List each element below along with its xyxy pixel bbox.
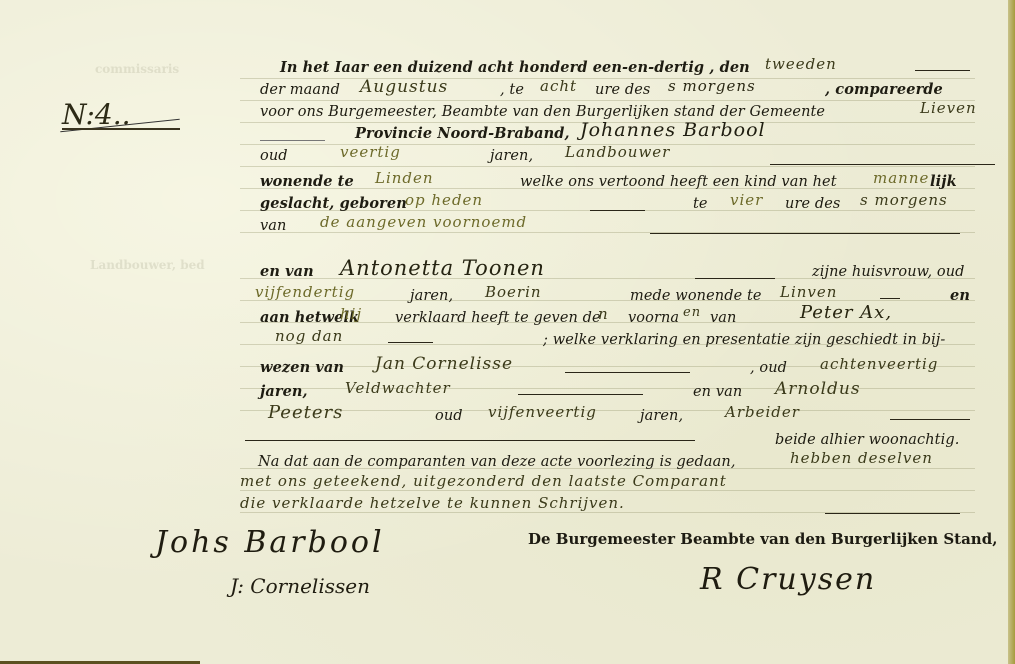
handwritten-witness2-age: vijfenveertig xyxy=(488,403,597,421)
signature-father: Johs Barbool xyxy=(155,525,385,560)
handwritten-birth-hour: vier xyxy=(730,191,763,209)
handwritten-child-name-cont: nog dan xyxy=(275,327,343,345)
handwritten-witness1-occupation: Veldwachter xyxy=(345,379,451,397)
printed-lijk: lijk xyxy=(930,172,957,192)
handwritten-hour: acht xyxy=(540,77,577,95)
handwritten-mother-occupation: Boerin xyxy=(485,283,542,301)
handwritten-closing-3: die verklaarde hetzelve te kunnen Schrij… xyxy=(240,494,625,512)
printed-wezen-van: wezen van xyxy=(260,358,344,378)
handwritten-closing-1: hebben deselven xyxy=(790,449,933,467)
printed-na-dat: Na dat aan de comparanten van deze acte … xyxy=(258,452,736,472)
printed-welke-verklaring: ; welke verklaring en presentatie zijn g… xyxy=(543,330,945,350)
handwritten-father-age: veertig xyxy=(340,143,401,161)
printed-te: te xyxy=(693,194,708,214)
handwritten-municipality: Lieven xyxy=(920,99,977,117)
bleed-through-text: Landbouwer, bed xyxy=(90,258,205,272)
fill-rule xyxy=(825,513,960,514)
signature-mayor: R Cruysen xyxy=(700,562,876,597)
printed-ure-des: ure des xyxy=(595,80,650,100)
handwritten-witness2-occupation: Arbeider xyxy=(725,403,800,421)
handwritten-given-names-count: n xyxy=(598,305,609,323)
printed-van: van xyxy=(260,216,286,236)
printed-welke-ons: welke ons vertoond heeft een kind van he… xyxy=(520,172,837,192)
printed-huisvrouw: zijne huisvrouw, oud xyxy=(812,262,965,282)
printed-verklaard: verklaard heeft te geven de xyxy=(395,308,601,328)
ruling-line xyxy=(240,490,975,491)
printed-jaren: jaren, xyxy=(260,382,308,402)
printed-ure-des: ure des xyxy=(785,194,840,214)
fill-rule xyxy=(565,372,690,373)
fill-rule xyxy=(650,233,960,234)
underline-flourish xyxy=(62,128,180,130)
printed-mede-wonende: mede wonende te xyxy=(630,286,762,306)
printed-jaren: jaren, xyxy=(410,286,453,306)
bleed-through-text: commissaris xyxy=(95,62,179,76)
handwritten-mother-age: vijfendertig xyxy=(255,283,355,301)
signature-witness: J: Cornelissen xyxy=(230,574,370,598)
handwritten-birth-day: op heden xyxy=(405,191,483,209)
handwritten-witness2-name: Arnoldus xyxy=(775,379,861,399)
handwritten-residence: Linden xyxy=(375,169,434,187)
printed-van: van xyxy=(710,308,736,328)
handwritten-birth-place: de aangeven voornoemd xyxy=(320,213,527,231)
fill-rule xyxy=(260,140,325,141)
fill-rule xyxy=(770,164,995,165)
handwritten-declarant: hij xyxy=(340,305,362,323)
handwritten-mother-residence: Linven xyxy=(780,283,837,301)
printed-te: , te xyxy=(500,80,524,100)
handwritten-month: Augustus xyxy=(360,77,448,97)
printed-line-2: der maand xyxy=(260,80,340,100)
printed-footer: De Burgemeester Beambte van den Burgerli… xyxy=(528,530,997,548)
printed-provincie: Provincie Noord-Braband, xyxy=(355,124,570,144)
handwritten-birth-time-of-day: s morgens xyxy=(860,191,948,209)
handwritten-given-names-suffix: en xyxy=(683,305,701,320)
ruling-line xyxy=(240,78,975,79)
printed-oud: oud xyxy=(260,146,288,166)
handwritten-mother-name: Antonetta Toonen xyxy=(340,256,545,280)
handwritten-day: tweeden xyxy=(765,55,837,73)
printed-line-1: In het Iaar een duizend acht honderd een… xyxy=(280,58,750,78)
handwritten-witness1-name: Jan Cornelisse xyxy=(375,354,513,374)
handwritten-child-name: Peter Ax, xyxy=(800,302,892,323)
fill-rule xyxy=(880,298,900,299)
handwritten-sex: manne xyxy=(873,169,929,187)
ruling-line xyxy=(240,410,975,411)
record-number: N:4.. xyxy=(62,98,131,131)
handwritten-father-name: Johannes Barbool xyxy=(580,119,766,141)
ruling-line xyxy=(240,100,975,101)
printed-jaren: jaren, xyxy=(490,146,533,166)
fill-rule xyxy=(695,278,775,279)
ruling-line xyxy=(240,166,975,167)
page-edge xyxy=(1008,0,1015,664)
fill-rule xyxy=(590,210,645,211)
fill-rule xyxy=(388,342,433,343)
printed-oud: oud xyxy=(435,406,463,426)
printed-en-van: en van xyxy=(693,382,742,402)
printed-geboren: geslacht, geboren xyxy=(260,194,407,214)
fill-rule xyxy=(518,394,643,395)
printed-voorna: voorna xyxy=(628,308,679,328)
printed-en-van: en van xyxy=(260,262,314,282)
fill-rule xyxy=(890,419,970,420)
document-page: commissaris Landbouwer, bed N:4.. In het… xyxy=(0,0,1008,664)
handwritten-father-occupation: Landbouwer xyxy=(565,143,670,161)
printed-compareerde: , compareerde xyxy=(825,80,943,100)
printed-oud: , oud xyxy=(750,358,787,378)
fill-rule xyxy=(915,70,970,71)
handwritten-witness2-name-cont: Peeters xyxy=(268,402,343,423)
printed-en: en xyxy=(950,286,970,306)
printed-jaren: jaren, xyxy=(640,406,683,426)
printed-wonende-te: wonende te xyxy=(260,172,354,192)
fill-rule xyxy=(245,440,695,441)
handwritten-witness1-age: achtenveertig xyxy=(820,355,938,373)
handwritten-closing-2: met ons geteekend, uitgezonderd den laat… xyxy=(240,472,727,490)
printed-beide-alhier: beide alhier woonachtig. xyxy=(775,430,959,450)
handwritten-time-of-day: s morgens xyxy=(668,77,756,95)
